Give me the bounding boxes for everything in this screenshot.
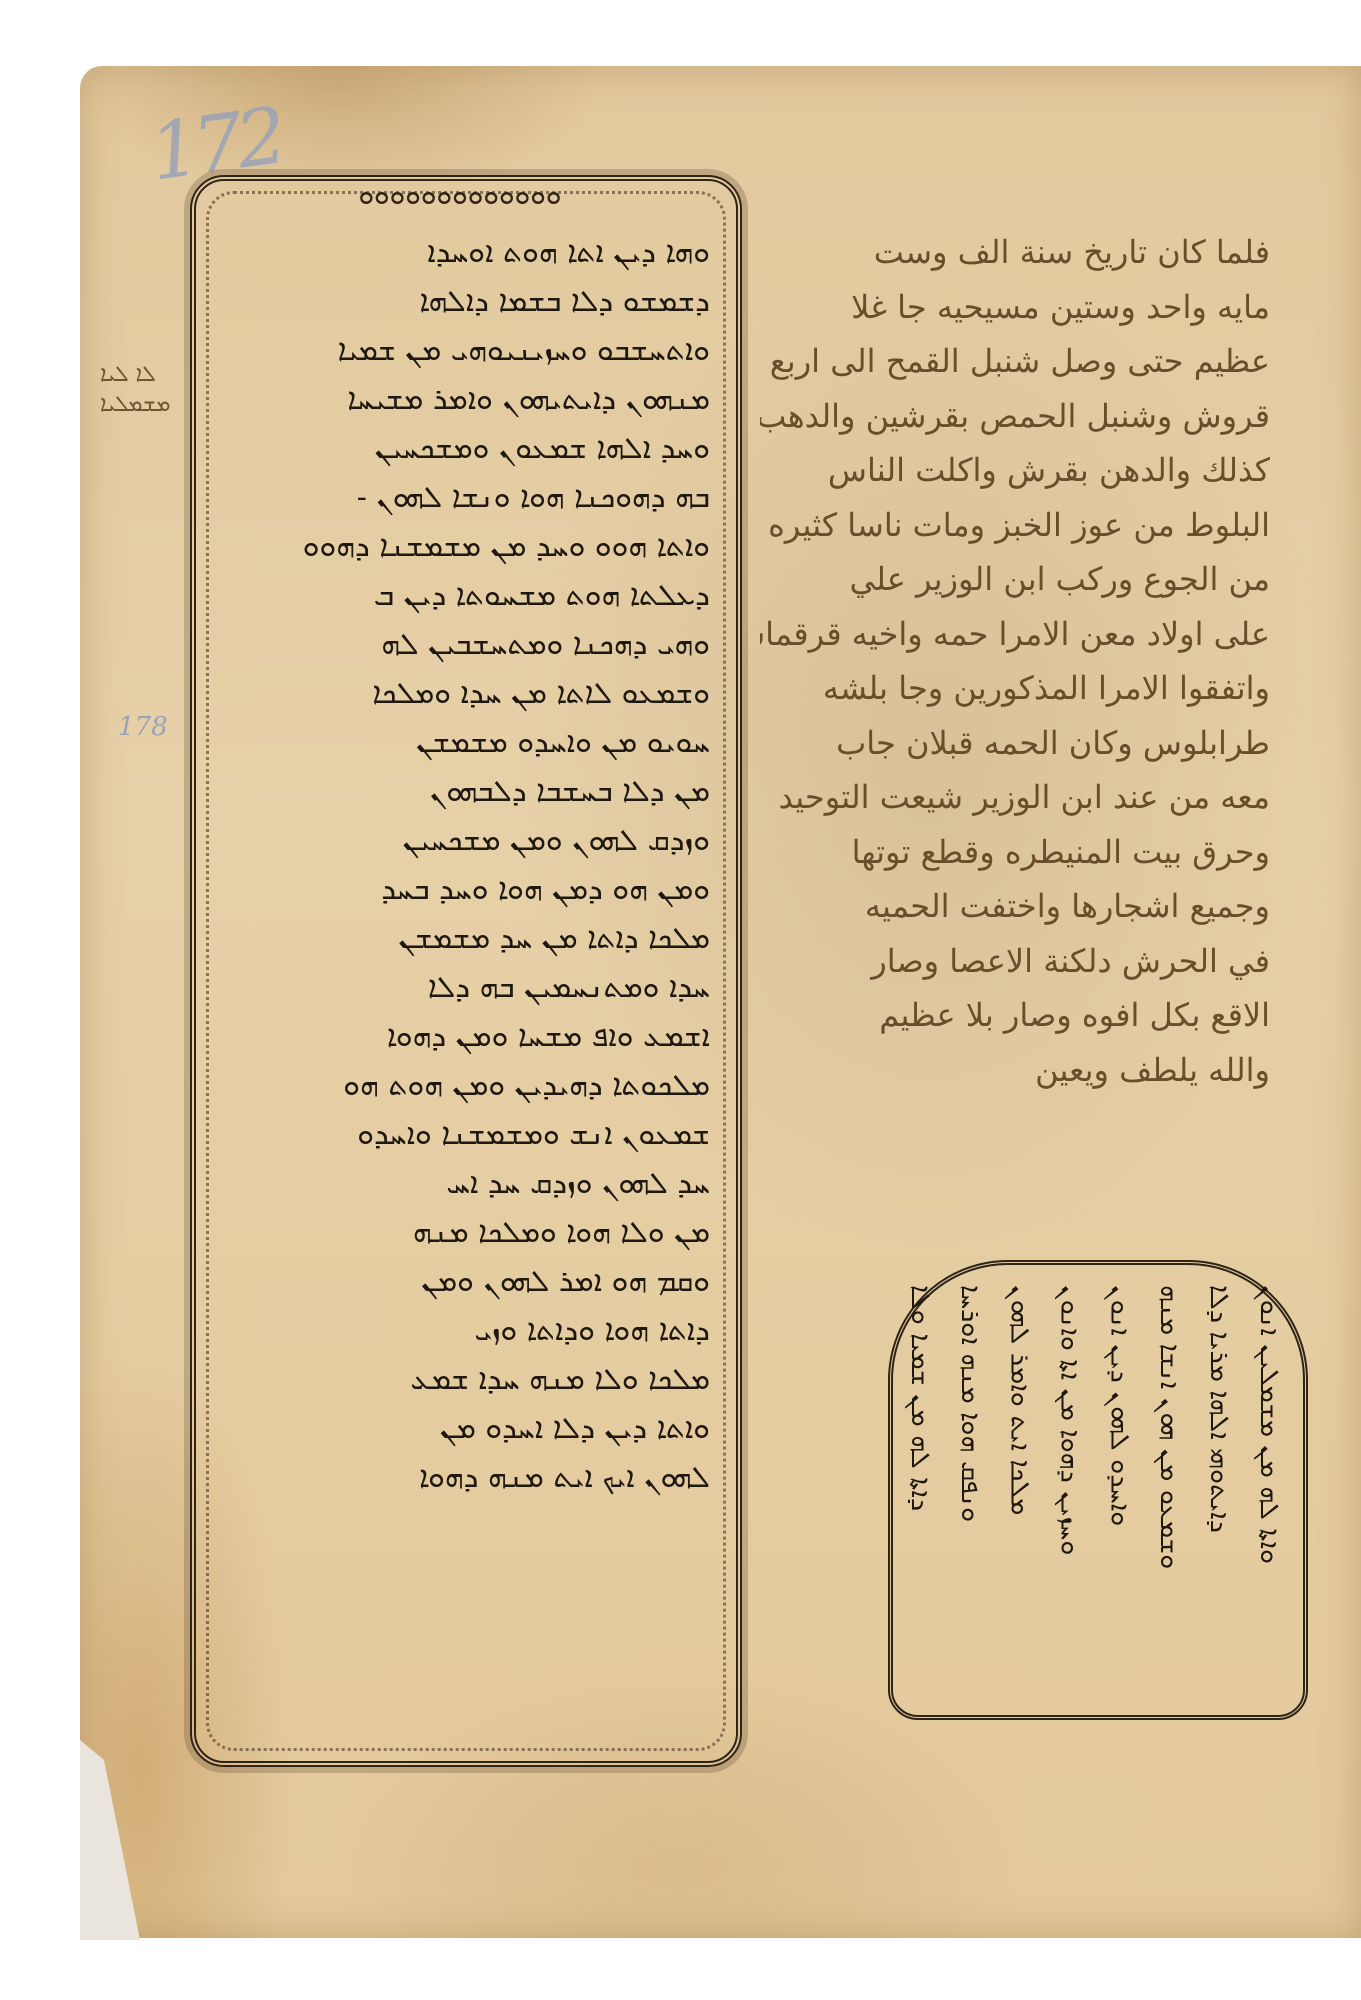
arabic-line: البلوط من عوز الخبز ومات ناسا كثيره	[760, 498, 1270, 553]
syriac-line: ܘܫܡܥܘ ܠܐܬܐ ܡܢ ܚܕܐ ܘܡܠܟܐ	[215, 669, 710, 718]
arabic-column-text: فلما كان تاريخ سنة الف وست مايه واحد وست…	[760, 225, 1270, 1097]
vertical-syriac-text: ܘܐܬܐ ܠܗ ܡܢ ܡܫܡܠܝܢ ܐܢܘܢ ܕܐܝܬܘܗܝ ܐܠܗܐ ܡܪܝܐ…	[905, 1285, 1285, 1695]
syriac-line: ܕܫܡܫܘ ܕܠܐ ܒܫܡܐ ܕܐܠܗܐ	[215, 277, 710, 326]
syriac-line: ܘܐܬܐ ܗܘܘ ܘܚܕ ܡܢ ܡܫܡܫܢܐ ܕܗܘܘ	[215, 522, 710, 571]
vertical-column: ܘܫܡܥܘ ܡܢ ܗܘܢ ܐܢܫܐ ܡܢܗ	[1154, 1285, 1185, 1685]
syriac-line: ܠܗܘܢ ܐܝܟ ܐܝܬ ܡܢܗ ܕܗܘܐ	[215, 1453, 710, 1502]
arabic-line: في الحرش دلكنة الاعصا وصار	[760, 934, 1270, 989]
syriac-line: ܡܢ ܘܠܐ ܗܘܐ ܘܡܠܟܐ ܡܢܗ	[215, 1208, 710, 1257]
margin-note-line: ܡܫܡܠܝܐ	[100, 390, 170, 420]
arabic-line: طرابلوس وكان الحمه قبلان جاب	[760, 716, 1270, 771]
syriac-line: ܘܐܬܚܫܒܘ ܘܚܙܝܢܝܘܗܝ ܡܢ ܫܡܝܐ	[215, 326, 710, 375]
syriac-line: ܡܠܟܐ ܕܐܬܐ ܡܢ ܚܕ ܡܫܡܫܢ	[215, 914, 710, 963]
arabic-line: عظيم حتى وصل شنبل القمح الى اربع	[760, 334, 1270, 389]
arabic-line: وجميع اشجارها واختفت الحميه	[760, 879, 1270, 934]
syriac-line: ܘܙܕܩ ܠܗܘܢ ܘܡܢ ܡܫܟܚܝܢ	[215, 816, 710, 865]
vertical-column: ܡܠܟܐ ܐܝܬ ܘܐܡܪ ܠܗܘܢ	[1005, 1285, 1036, 1685]
frame-top-ornament: ܘܘܘܘܘܘܘܘܘܘܘܘܘ	[210, 178, 710, 228]
syriac-line: ܚܕܐ ܘܡܬܢܚܡܝܢ ܒܗ ܕܠܐ	[215, 963, 710, 1012]
arabic-line: على اولاد معن الامرا حمه واخيه قرقماش	[760, 607, 1270, 662]
arabic-line: قروش وشنبل الحمص بقرشين والدهب	[760, 389, 1270, 444]
arabic-line: والله يلطف ويعين	[760, 1043, 1270, 1098]
margin-note-upper: ܠܐ ܠܝܐ ܡܫܡܠܝܐ	[100, 360, 170, 420]
syriac-line: ܡܢ ܕܠܐ ܒܚܫܒܐ ܕܠܒܗܘܢ	[215, 767, 710, 816]
syriac-line: ܚܕ ܠܗܘܢ ܘܙܕܩ ܚܕ ܐܚ	[215, 1159, 710, 1208]
arabic-line: معه من عند ابن الوزير شيعت التوحيد	[760, 770, 1270, 825]
vertical-column: ܘܐܚܕܘ ܠܗܘܢ ܕܝܢ ܐܢܘܢ	[1104, 1285, 1135, 1685]
syriac-line: ܘܡܢ ܗܘ ܕܡܢ ܗܘܐ ܘܚܕ ܒܚܕ	[215, 865, 710, 914]
vertical-column: ܘܢܦܩ ܗܘܐ ܡܢܗ ܐܘܪܚܐ	[955, 1285, 986, 1685]
syriac-line: ܡܢܗܘܢ ܕܐܝܬܝܗܘܢ ܘܐܡܪ ܡܫܝܚܐ	[215, 375, 710, 424]
syriac-line: ܘܗܝ ܕܗܟܢܐ ܘܡܬܚܫܒܝܢ ܠܗ	[215, 620, 710, 669]
syriac-line: ܘܐܬܐ ܕܝܢ ܕܠܐ ܐܚܕܘ ܡܢ	[215, 1404, 710, 1453]
syriac-line: ܡܠܟܘܬܐ ܕܗܝܕܝܢ ܘܡܢ ܗܘܬ ܗܘ	[215, 1061, 710, 1110]
syriac-line: ܘܗܐ ܕܝܢ ܐܬܐ ܗܘܬ ܐܘܚܕܐ	[215, 228, 710, 277]
syriac-line: ܕܐܬܐ ܗܘܐ ܘܕܐܬܐ ܘܙܝ	[215, 1306, 710, 1355]
syriac-line: ܘܚܕ ܐܠܗܐ ܫܡܥܘܢ ܘܡܫܟܚܝܢ	[215, 424, 710, 473]
syriac-line: ܚܘܝܘ ܡܢ ܘܐܚܕܘ ܡܫܡܫܢ	[215, 718, 710, 767]
vertical-column: ܘܚܙܝܢ ܕܗܘܐ ܡܢ ܐܬܐ ܘܐܢܘܢ	[1055, 1285, 1086, 1685]
syriac-line: ܐܫܡܥ ܘܐܦ ܡܫܚܐ ܘܡܢ ܕܗܘܐ	[215, 1012, 710, 1061]
arabic-line: الاقع بكل افوه وصار بلا عظيم	[760, 988, 1270, 1043]
arabic-line: واتفقوا الامرا المذكورين وجا بلشه	[760, 661, 1270, 716]
arabic-line: من الجوع وركب ابن الوزير علي	[760, 552, 1270, 607]
vertical-column: ܕܐܬܐ ܠܗ ܡܢ ܫܡܝܐ ܘܠܐ	[905, 1285, 936, 1685]
syriac-line: ܫܡܥܘܢ ܐܢܫ ܘܡܫܡܫܢܐ ܘܐܚܕܘ	[215, 1110, 710, 1159]
arabic-line: مايه واحد وستين مسيحيه جا غلا	[760, 280, 1270, 335]
arabic-line: كذلك والدهن بقرش واكلت الناس	[760, 443, 1270, 498]
vertical-column: ܕܐܝܬܘܗܝ ܐܠܗܐ ܡܪܝܐ ܕܠܐ	[1204, 1285, 1235, 1685]
arabic-line: وحرق بيت المنيطره وقطع توتها	[760, 825, 1270, 880]
syriac-line: ܕܥܠܬܐ ܗܘܬ ܡܫܚܘܬܐ ܕܝܢ ܒ	[215, 571, 710, 620]
margin-note-folio: 178	[118, 712, 168, 742]
arabic-line: فلما كان تاريخ سنة الف وست	[760, 225, 1270, 280]
vertical-column: ܘܐܬܐ ܠܗ ܡܢ ܡܫܡܠܝܢ ܐܢܘܢ	[1254, 1285, 1285, 1685]
syriac-line: ܒܗ ܕܗܘܟܢܐ ܗܘܐ ܘܢܫܐ ܠܗܘܢ -	[215, 473, 710, 522]
syriac-line: ܘܩܡ ܗܘ ܐܡܪ ܠܗܘܢ ܘܡܢ	[215, 1257, 710, 1306]
syriac-column-text: ܘܗܐ ܕܝܢ ܐܬܐ ܗܘܬ ܐܘܚܕܐ ܕܫܡܫܘ ܕܠܐ ܒܫܡܐ ܕܐܠ…	[215, 228, 710, 1502]
syriac-line: ܡܠܟܐ ܘܠܐ ܡܢܗ ܚܕܐ ܫܡܥ	[215, 1355, 710, 1404]
margin-note-line: ܠܐ ܠܝܐ	[100, 360, 170, 390]
